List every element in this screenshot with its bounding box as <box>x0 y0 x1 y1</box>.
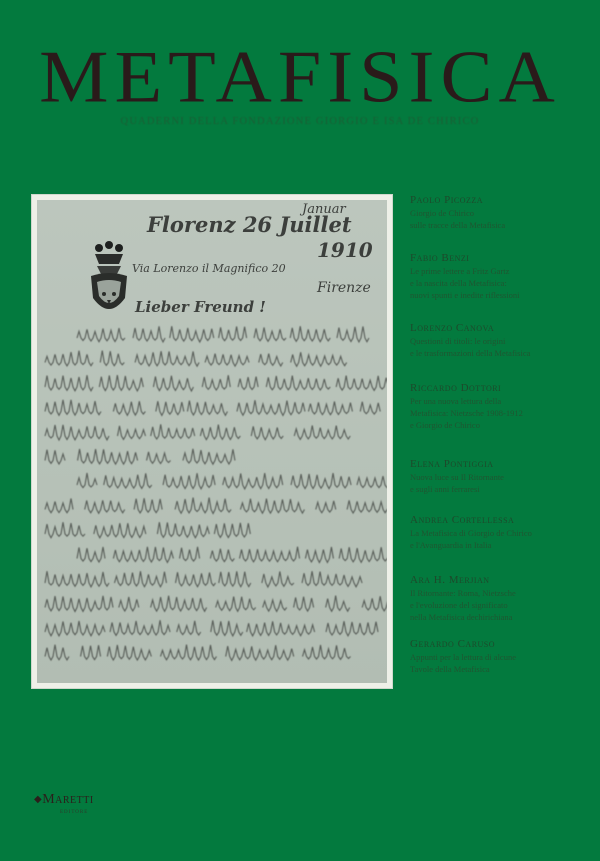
toc-author: Elena Pontiggia <box>410 458 595 471</box>
toc-author: Lorenzo Canova <box>410 322 595 335</box>
toc-article-title: Appunti per la lettura di alcune <box>410 651 595 663</box>
magazine-cover: METAFISICA QUADERNI DELLA FONDAZIONE GIO… <box>0 0 600 861</box>
toc-author: Andrea Cortellessa <box>410 514 595 527</box>
magazine-subtitle: QUADERNI DELLA FONDAZIONE GIORGIO E ISA … <box>0 116 600 127</box>
toc-article-title: e l'Avanguardia in Italia <box>410 539 595 551</box>
handwritten-letter-image: Januar Florenz 26 Juillet 1910 Via Loren… <box>37 200 387 683</box>
publisher-logo: ◆Maretti <box>34 792 94 808</box>
toc-author: Fabio Benzi <box>410 252 595 265</box>
toc-article-title: nuovi spunti e inedite riflessioni <box>410 289 595 301</box>
toc-article-title: e l'evoluzione del significato <box>410 599 595 611</box>
toc-article-title: Per una nuova lettura della <box>410 395 595 407</box>
toc-article-title: Giorgio de Chirico <box>410 207 595 219</box>
toc-entry: Andrea CortellessaLa Metafisica di Giorg… <box>410 514 595 551</box>
toc-article-title: sulle tracce della Metafisica <box>410 219 595 231</box>
toc-article-title: e la nascita della Metafisica: <box>410 277 595 289</box>
magazine-title: METAFISICA <box>0 40 600 114</box>
toc-article-title: Questioni di titoli: le origini <box>410 335 595 347</box>
toc-entry: Ara H. MerjianIl Ritornante: Roma, Nietz… <box>410 574 595 623</box>
toc-entry: Paolo PicozzaGiorgio de Chiricosulle tra… <box>410 194 595 231</box>
toc-author: Ara H. Merjian <box>410 574 595 587</box>
toc-article-title: Metafisica: Nietzsche 1908-1912 <box>410 407 595 419</box>
toc-article-title: Le prime lettere a Fritz Gartz <box>410 265 595 277</box>
toc-article-title: Tavole della Metafisica <box>410 663 595 675</box>
toc-article-title: Nuova luce su Il Ritornante <box>410 471 595 483</box>
publisher-name: Maretti <box>42 792 94 807</box>
toc-author: Riccardo Dottori <box>410 382 595 395</box>
publisher-mark-icon: ◆ <box>34 794 42 805</box>
toc-author: Gerardo Caruso <box>410 638 595 651</box>
toc-article-title: Il Ritornante: Roma, Nietzsche <box>410 587 595 599</box>
toc-entry: Elena PontiggiaNuova luce su Il Ritornan… <box>410 458 595 495</box>
letter-image-frame: Januar Florenz 26 Juillet 1910 Via Loren… <box>32 195 392 688</box>
toc-article-title: e le trasformazioni della Metafisica <box>410 347 595 359</box>
toc-article-title: e Giorgio de Chirico <box>410 419 595 431</box>
publisher-subtitle: EDITORE <box>60 810 88 815</box>
toc-article-title: e sugli anni ferraresi <box>410 483 595 495</box>
toc-entry: Lorenzo CanovaQuestioni di titoli: le or… <box>410 322 595 359</box>
toc-entry: Riccardo DottoriPer una nuova lettura de… <box>410 382 595 431</box>
handwriting-strokes <box>37 200 387 683</box>
toc-article-title: nella Metafisica dechirichiana <box>410 611 595 623</box>
toc-entry: Gerardo CarusoAppunti per la lettura di … <box>410 638 595 675</box>
toc-entry: Fabio BenziLe prime lettere a Fritz Gart… <box>410 252 595 301</box>
toc-author: Paolo Picozza <box>410 194 595 207</box>
toc-article-title: La Metafisica di Giorgio de Chirico <box>410 527 595 539</box>
